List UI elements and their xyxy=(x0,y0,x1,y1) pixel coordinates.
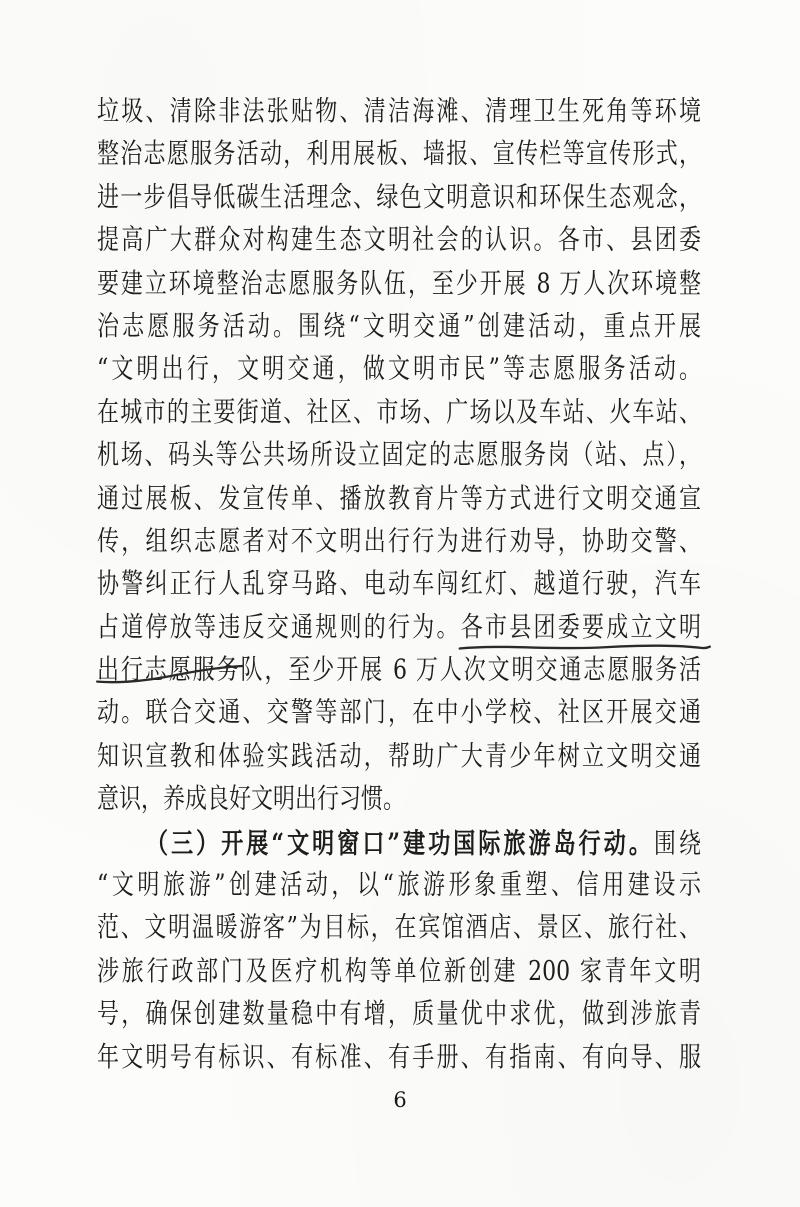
body-line: 通过展板、发宣传单、播放教育片等方式进行文明交通宣 xyxy=(97,478,701,521)
body-line-with-strike: 出行志愿服务队，至少开展 6 万人次文明交通志愿服务活 xyxy=(97,650,701,693)
scanned-document-page: 垃圾、清除非法张贴物、清洁海滩、清理卫生死角等环境 整治志愿服务活动，利用展板、… xyxy=(0,0,800,1207)
page-number: 6 xyxy=(0,1088,800,1112)
underlined-phrase-text: 各市县团委要成立文明 xyxy=(461,612,701,643)
body-line: 机场、码头等公共场所设立固定的志愿服务岗（站、点）， xyxy=(97,435,701,478)
body-line: 传，组织志愿者对不文明出行行为进行劝导，协助交警、 xyxy=(97,521,701,564)
body-line: 动。联合交通、交警等部门，在中小学校、社区开展交通 xyxy=(97,693,701,736)
body-line: “文明出行，文明交通，做文明市民”等志愿服务活动。 xyxy=(97,349,701,392)
body-line: 协警纠正行人乱穿马路、电动车闯红灯、越道行驶，汽车 xyxy=(97,564,701,607)
body-line: 涉旅行政部门及医疗机构等单位新创建 200 家青年文明 xyxy=(97,951,701,994)
section-heading: （三）开展“文明窗口”建功国际旅游岛行动。 xyxy=(146,827,654,860)
body-line: 知识宣教和体验实践活动，帮助广大青少年树立文明交通 xyxy=(97,736,701,779)
body-line: 整治志愿服务活动，利用展板、墙报、宣传栏等宣传形式， xyxy=(97,134,701,177)
body-line: 治志愿服务活动。围绕“文明交通”创建活动，重点开展 xyxy=(97,306,701,349)
body-line: 年文明号有标识、有标准、有手册、有指南、有向导、服 xyxy=(97,1037,701,1080)
body-line: 范、文明温暖游客”为目标，在宾馆酒店、景区、旅行社、 xyxy=(97,908,701,951)
struck-phrase: 出行志愿服务 xyxy=(97,655,241,686)
body-line-paragraph-end: 意识，养成良好文明出行习惯。 xyxy=(97,779,701,822)
hand-underline-mark xyxy=(457,641,711,654)
body-text-segment: 队，至少开展 6 万人次文明交通志愿服务活 xyxy=(241,655,701,686)
body-text-segment: 围绕 xyxy=(654,828,701,859)
body-line: 垃圾、清除非法张贴物、清洁海滩、清理卫生死角等环境 xyxy=(97,91,701,134)
body-line: 要建立环境整治志愿服务队伍，至少开展 8 万人次环境整 xyxy=(97,263,701,306)
body-line: “文明旅游”创建活动，以“旅游形象重塑、信用建设示 xyxy=(97,865,701,908)
body-line: 提高广大群众对构建生态文明社会的认识。各市、县团委 xyxy=(97,220,701,263)
underlined-phrase: 各市县团委要成立文明 xyxy=(461,612,701,643)
body-line: 进一步倡导低碳生活理念、绿色文明意识和环保生态观念， xyxy=(97,177,701,220)
body-line: 在城市的主要街道、社区、市场、广场以及车站、火车站、 xyxy=(97,392,701,435)
section-heading-line: （三）开展“文明窗口”建功国际旅游岛行动。围绕 xyxy=(97,822,701,865)
body-line-with-underline: 占道停放等违反交通规则的行为。各市县团委要成立文明 xyxy=(97,607,701,650)
hand-strike-mark xyxy=(94,652,246,686)
body-text-segment: 占道停放等违反交通规则的行为。 xyxy=(97,612,461,643)
body-text-block: 垃圾、清除非法张贴物、清洁海滩、清理卫生死角等环境 整治志愿服务活动，利用展板、… xyxy=(97,91,701,1080)
body-line: 号，确保创建数量稳中有增，质量优中求优，做到涉旅青 xyxy=(97,994,701,1037)
